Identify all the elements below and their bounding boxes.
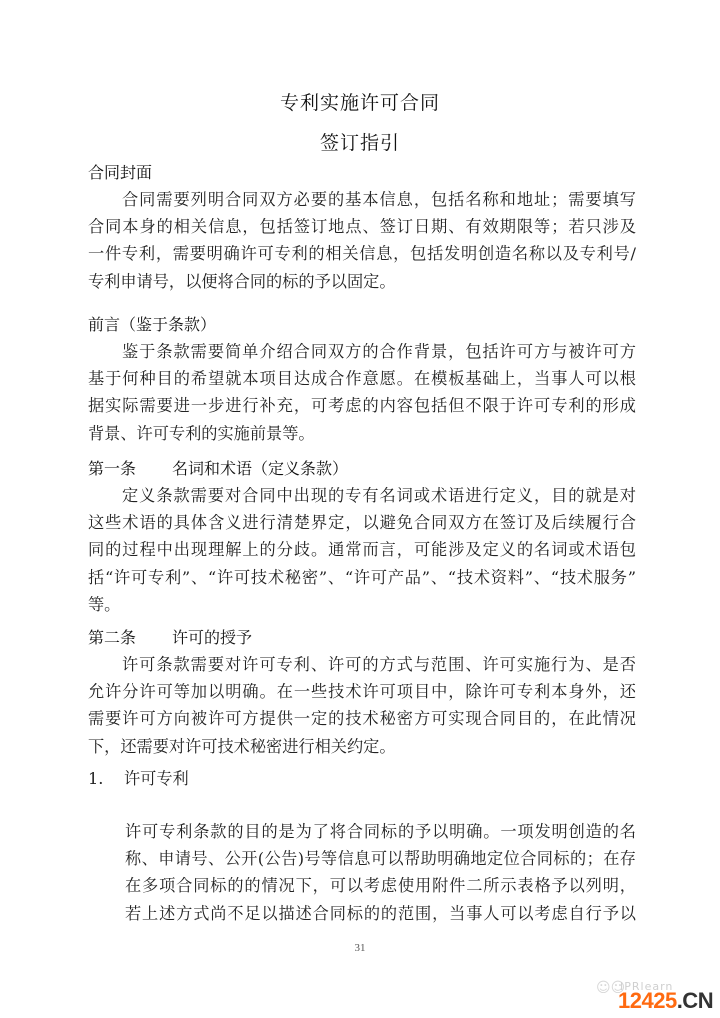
paragraph-line: 基于何种目的希望就本项目达成合作意愿。在模板基础上，当事人可以根: [88, 365, 636, 392]
numbered-item-title: 1.许可专利: [88, 765, 189, 789]
logo-digits: 12425: [618, 988, 677, 1013]
section-paragraph: 许可条款需要对许可专利、许可的方式与范围、许可实施行为、是否 允许分许可等加以明…: [88, 651, 636, 760]
section-paragraph: 许可专利条款的目的是为了将合同标的予以明确。一项发明创造的名 称、申请号、公开(…: [125, 818, 636, 927]
paragraph-line: 等。: [88, 591, 636, 618]
section-preamble: 前言（鉴于条款） 鉴于条款需要简单介绍合同双方的合作背景，包括许可方与被许可方 …: [88, 311, 636, 447]
paragraph-line: 括“许可专利”、“许可技术秘密”、“许可产品”、“技术资料”、“技术服务”: [88, 564, 636, 591]
article-title: 名词和术语（定义条款）: [172, 459, 348, 478]
paragraph-line: 专利申请号，以便将合同的标的予以固定。: [88, 268, 636, 295]
article-number: 第二条: [88, 624, 172, 651]
section-heading: 第二条许可的授予: [88, 624, 636, 651]
document-title: 专利实施许可合同: [0, 88, 720, 115]
paragraph-line: 背景、许可专利的实施前景等。: [88, 420, 636, 447]
site-logo: 12425.CN: [618, 988, 713, 1014]
paragraph-line: 同的过程中出现理解上的分歧。通常而言，可能涉及定义的名词或术语包: [88, 536, 636, 563]
paragraph-line: 需要许可方向被许可方提供一定的技术秘密方可实现合同目的，在此情况: [88, 705, 636, 732]
paragraph-line: 一件专利，需要明确许可专利的相关信息，包括发明创造名称以及专利号/: [88, 240, 636, 267]
section-article-2: 第二条许可的授予 许可条款需要对许可专利、许可的方式与范围、许可实施行为、是否 …: [88, 624, 636, 760]
paragraph-line: 定义条款需要对合同中出现的专有名词或术语进行定义，目的就是对: [88, 482, 636, 509]
article-number: 第一条: [88, 455, 172, 482]
section-contract-cover: 合同封面 合同需要列明合同双方必要的基本信息，包括名称和地址；需要填写 合同本身…: [88, 159, 636, 295]
paragraph-line: 称、申请号、公开(公告)号等信息可以帮助明确地定位合同标的；在存: [125, 845, 636, 872]
paragraph-line: 鉴于条款需要简单介绍合同双方的合作背景，包括许可方与被许可方: [88, 338, 636, 365]
page-number: 31: [0, 942, 720, 954]
paragraph-line: 这些术语的具体含义进行清楚界定，以避免合同双方在签订及后续履行合: [88, 509, 636, 536]
item-heading: 许可专利: [124, 769, 189, 788]
watermark: ☺☺ IPRlearn 12425.CN: [596, 980, 720, 1010]
paragraph-line: 合同需要列明合同双方必要的基本信息，包括名称和地址；需要填写: [88, 186, 636, 213]
paragraph-line: 若上述方式尚不足以描述合同标的的范围，当事人可以考虑自行予以: [125, 900, 636, 927]
section-heading: 前言（鉴于条款）: [88, 311, 636, 338]
section-licensed-patent: 许可专利条款的目的是为了将合同标的予以明确。一项发明创造的名 称、申请号、公开(…: [125, 818, 636, 927]
paragraph-line: 许可专利条款的目的是为了将合同标的予以明确。一项发明创造的名: [125, 818, 636, 845]
paragraph-line: 合同本身的相关信息，包括签订地点、签订日期、有效期限等；若只涉及: [88, 213, 636, 240]
paragraph-line: 允许分许可等加以明确。在一些技术许可项目中，除许可专利本身外，还: [88, 678, 636, 705]
document-page: 专利实施许可合同 签订指引 合同封面 合同需要列明合同双方必要的基本信息，包括名…: [0, 0, 720, 1018]
article-title: 许可的授予: [172, 628, 252, 647]
paragraph-line: 据实际需要进一步进行补充，可考虑的内容包括但不限于许可专利的形成: [88, 392, 636, 419]
section-paragraph: 定义条款需要对合同中出现的专有名词或术语进行定义，目的就是对 这些术语的具体含义…: [88, 482, 636, 618]
section-heading: 合同封面: [88, 159, 636, 186]
section-paragraph: 鉴于条款需要简单介绍合同双方的合作背景，包括许可方与被许可方 基于何种目的希望就…: [88, 338, 636, 447]
paragraph-line: 下，还需要对许可技术秘密进行相关约定。: [88, 733, 636, 760]
section-heading: 第一条名词和术语（定义条款）: [88, 455, 636, 482]
logo-tld: .CN: [677, 988, 713, 1013]
paragraph-line: 在多项合同标的的情况下，可以考虑使用附件二所示表格予以列明，: [125, 872, 636, 899]
document-subtitle: 签订指引: [0, 128, 720, 155]
paragraph-line: 许可条款需要对许可专利、许可的方式与范围、许可实施行为、是否: [88, 651, 636, 678]
item-number: 1.: [88, 769, 124, 788]
section-article-1: 第一条名词和术语（定义条款） 定义条款需要对合同中出现的专有名词或术语进行定义，…: [88, 455, 636, 618]
section-paragraph: 合同需要列明合同双方必要的基本信息，包括名称和地址；需要填写 合同本身的相关信息…: [88, 186, 636, 295]
